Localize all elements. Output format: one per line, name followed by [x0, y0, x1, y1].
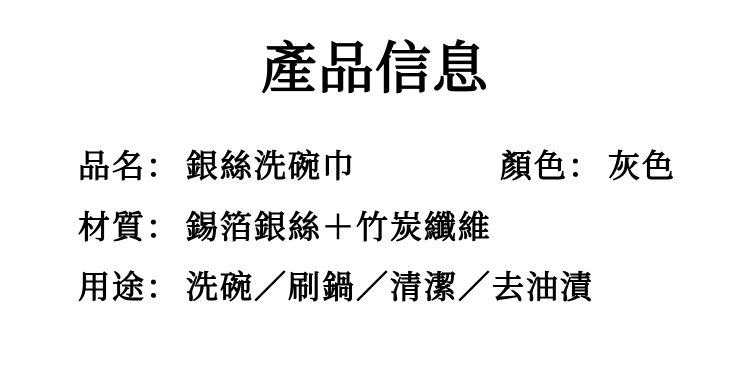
product-name-label: 品名： — [78, 148, 180, 184]
product-usage-label: 用途： — [78, 269, 180, 305]
product-material-value: 錫箔銀絲＋竹炭纖維 — [186, 209, 492, 245]
field-product-usage: 用途：洗碗／刷鍋／清潔／去油漬 — [78, 271, 594, 303]
product-info-card: 產品信息 品名：銀絲洗碗巾 顏色：灰色 材質：錫箔銀絲＋竹炭纖維 用途：洗碗／刷… — [0, 0, 750, 369]
product-color-label: 顏色： — [500, 148, 602, 184]
product-color-value: 灰色 — [608, 148, 676, 184]
field-product-color: 顏色：灰色 — [500, 150, 676, 182]
product-usage-value: 洗碗／刷鍋／清潔／去油漬 — [186, 269, 594, 305]
field-product-material: 材質：錫箔銀絲＋竹炭纖維 — [78, 211, 492, 243]
page-title: 產品信息 — [0, 40, 750, 99]
field-product-name: 品名：銀絲洗碗巾 — [78, 150, 356, 182]
product-material-label: 材質： — [78, 209, 180, 245]
product-name-value: 銀絲洗碗巾 — [186, 148, 356, 184]
